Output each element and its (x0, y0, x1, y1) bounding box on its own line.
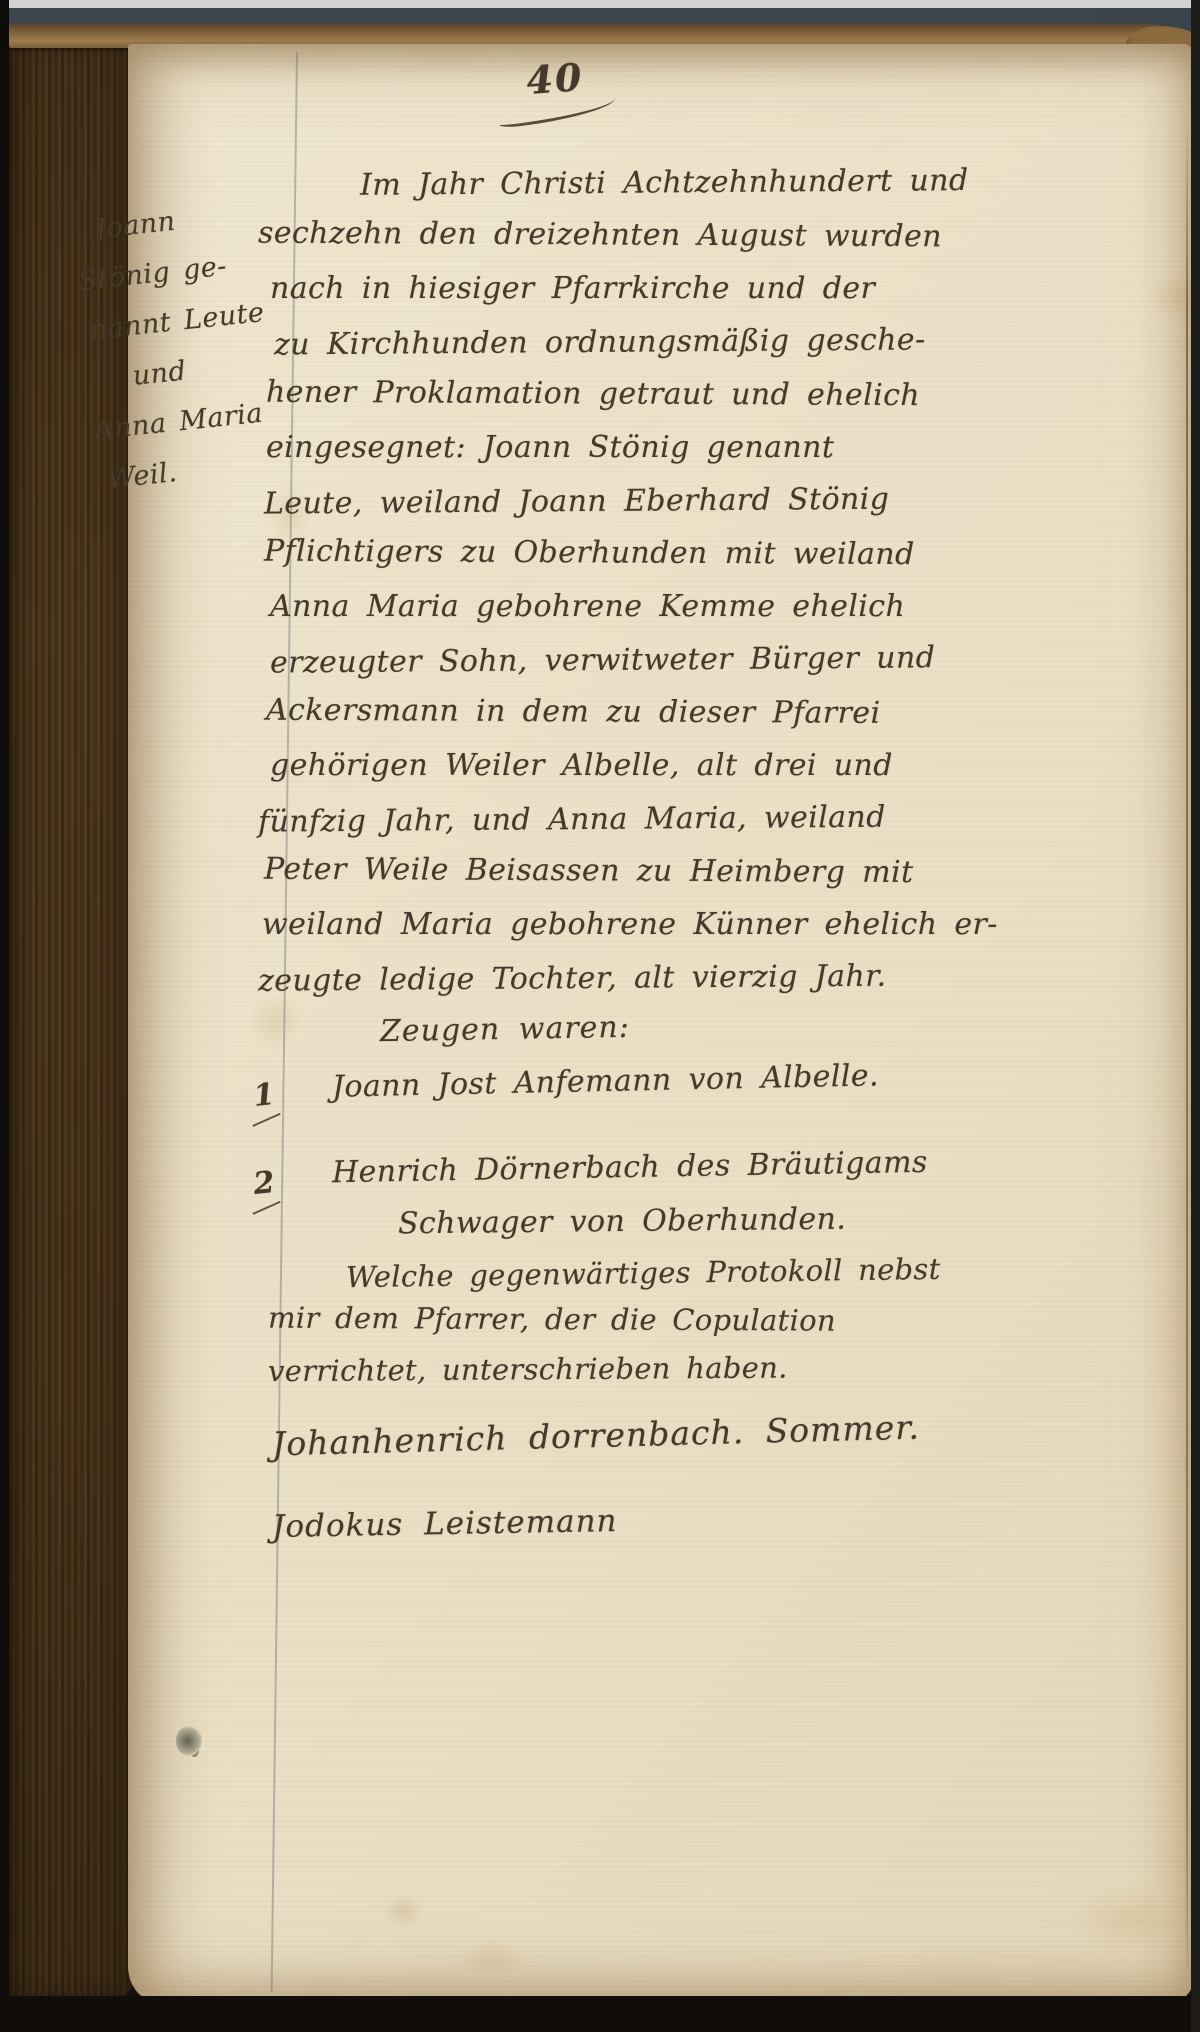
photo-left-edge (0, 0, 9, 2032)
closing-line: verrichtet, unterschrieben haben. (268, 1341, 1168, 1395)
record-line: Im Jahr Christi Achtzehnhundert und (258, 152, 1173, 212)
witness-2-name-continued: Schwager von Oberhunden. (398, 1202, 847, 1242)
record-line: zu Kirchhunden ordnungsmäßig gesche- (258, 311, 1173, 371)
foxing-stain (458, 1936, 524, 1982)
record-line: nach in hiesiger Pfarrkirche und der (258, 262, 1173, 315)
record-line: Ackersmann in dem zu dieser Pfarrei (258, 684, 1173, 742)
photo-bottom-edge (0, 1996, 1200, 2032)
record-line: fünfzig Jahr, und Anna Maria, weiland (258, 788, 1173, 848)
closing-line: mir dem Pfarrer, der die Copulation (268, 1294, 1168, 1347)
closing-statement: Welche gegenwärtiges Protokoll nebst mir… (268, 1248, 1168, 1392)
photo-right-edge (1191, 0, 1200, 2032)
record-line: erzeugter Sohn, verwitweter Bürger und (258, 629, 1173, 689)
record-line: sechzehn den dreizehnten August wurden (258, 207, 1173, 265)
witness-1-number-value: 1 (252, 1077, 276, 1114)
scan-top-strip (0, 0, 1200, 8)
record-line: zeugte ledige Tochter, alt vierzig Jahr. (258, 947, 1173, 1007)
marriage-record-text: Im Jahr Christi Achtzehnhundert und sech… (258, 156, 1173, 1004)
witness-2-number-value: 2 (252, 1165, 276, 1202)
page-number-value: 40 (525, 54, 585, 103)
record-line: weiland Maria gebohrene Künner ehelich e… (258, 898, 1173, 951)
signature-pastor: Jodokus Leistemann (272, 1503, 618, 1545)
foxing-stain (383, 1894, 423, 1928)
record-line: Leute, weiland Joann Eberhard Stönig (258, 470, 1173, 530)
foxing-stain (1068, 1884, 1188, 1954)
record-line: eingesegnet: Joann Stönig genannt (258, 421, 1173, 474)
record-line: Anna Maria gebohrene Kemme ehelich (258, 580, 1173, 633)
scanned-register-photo: 40 Joann Stönig ge- nannt Leute und Anna… (0, 0, 1200, 2032)
record-line: gehörigen Weiler Albelle, alt drei und (258, 739, 1173, 792)
witness-section-heading: Zeugen waren: (380, 1010, 630, 1049)
record-line: Pflichtigers zu Oberhunden mit weiland (258, 525, 1173, 583)
page-right-edge-line (1186, 120, 1188, 1970)
closing-line: Welche gegenwärtiges Protokoll nebst (268, 1242, 1169, 1303)
witness-1-number: 1 (245, 1076, 282, 1114)
witness-2-number: 2 (245, 1164, 282, 1202)
record-line: Peter Weile Beisassen zu Heimberg mit (258, 843, 1173, 901)
record-line: hener Proklamation getraut und ehelich (258, 366, 1173, 424)
